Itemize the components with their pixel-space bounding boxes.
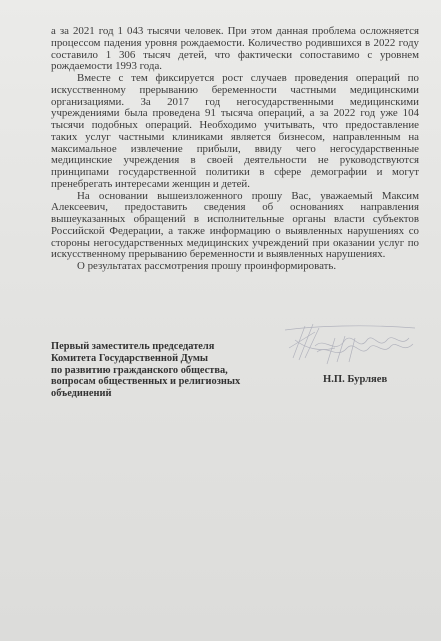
signatory-title-line: объединений (51, 388, 271, 400)
signatory-title-line: Комитета Государственной Думы (51, 353, 271, 365)
document-page: а за 2021 год 1 043 тысячи человек. При … (0, 0, 441, 641)
paragraph-request: На основании вышеизложенного прошу Вас, … (51, 191, 419, 262)
paragraph-private-clinics: Вместе с тем фиксируется рост случаев пр… (51, 73, 419, 191)
paragraph-closing: О результатах рассмотрения прошу проинфо… (51, 261, 419, 273)
signatory-title-line: по развитию гражданского общества, (51, 365, 271, 377)
signatory-name: Н.П. Бурляев (323, 374, 387, 385)
handwritten-signature-icon (275, 318, 425, 368)
signatory-title-line: Первый заместитель председателя (51, 341, 271, 353)
letter-body: а за 2021 год 1 043 тысячи человек. При … (51, 26, 419, 273)
signatory-title: Первый заместитель председателя Комитета… (51, 341, 271, 400)
signatory-title-line: вопросам общественных и религиозных (51, 376, 271, 388)
paragraph-continuation: а за 2021 год 1 043 тысячи человек. При … (51, 26, 419, 73)
